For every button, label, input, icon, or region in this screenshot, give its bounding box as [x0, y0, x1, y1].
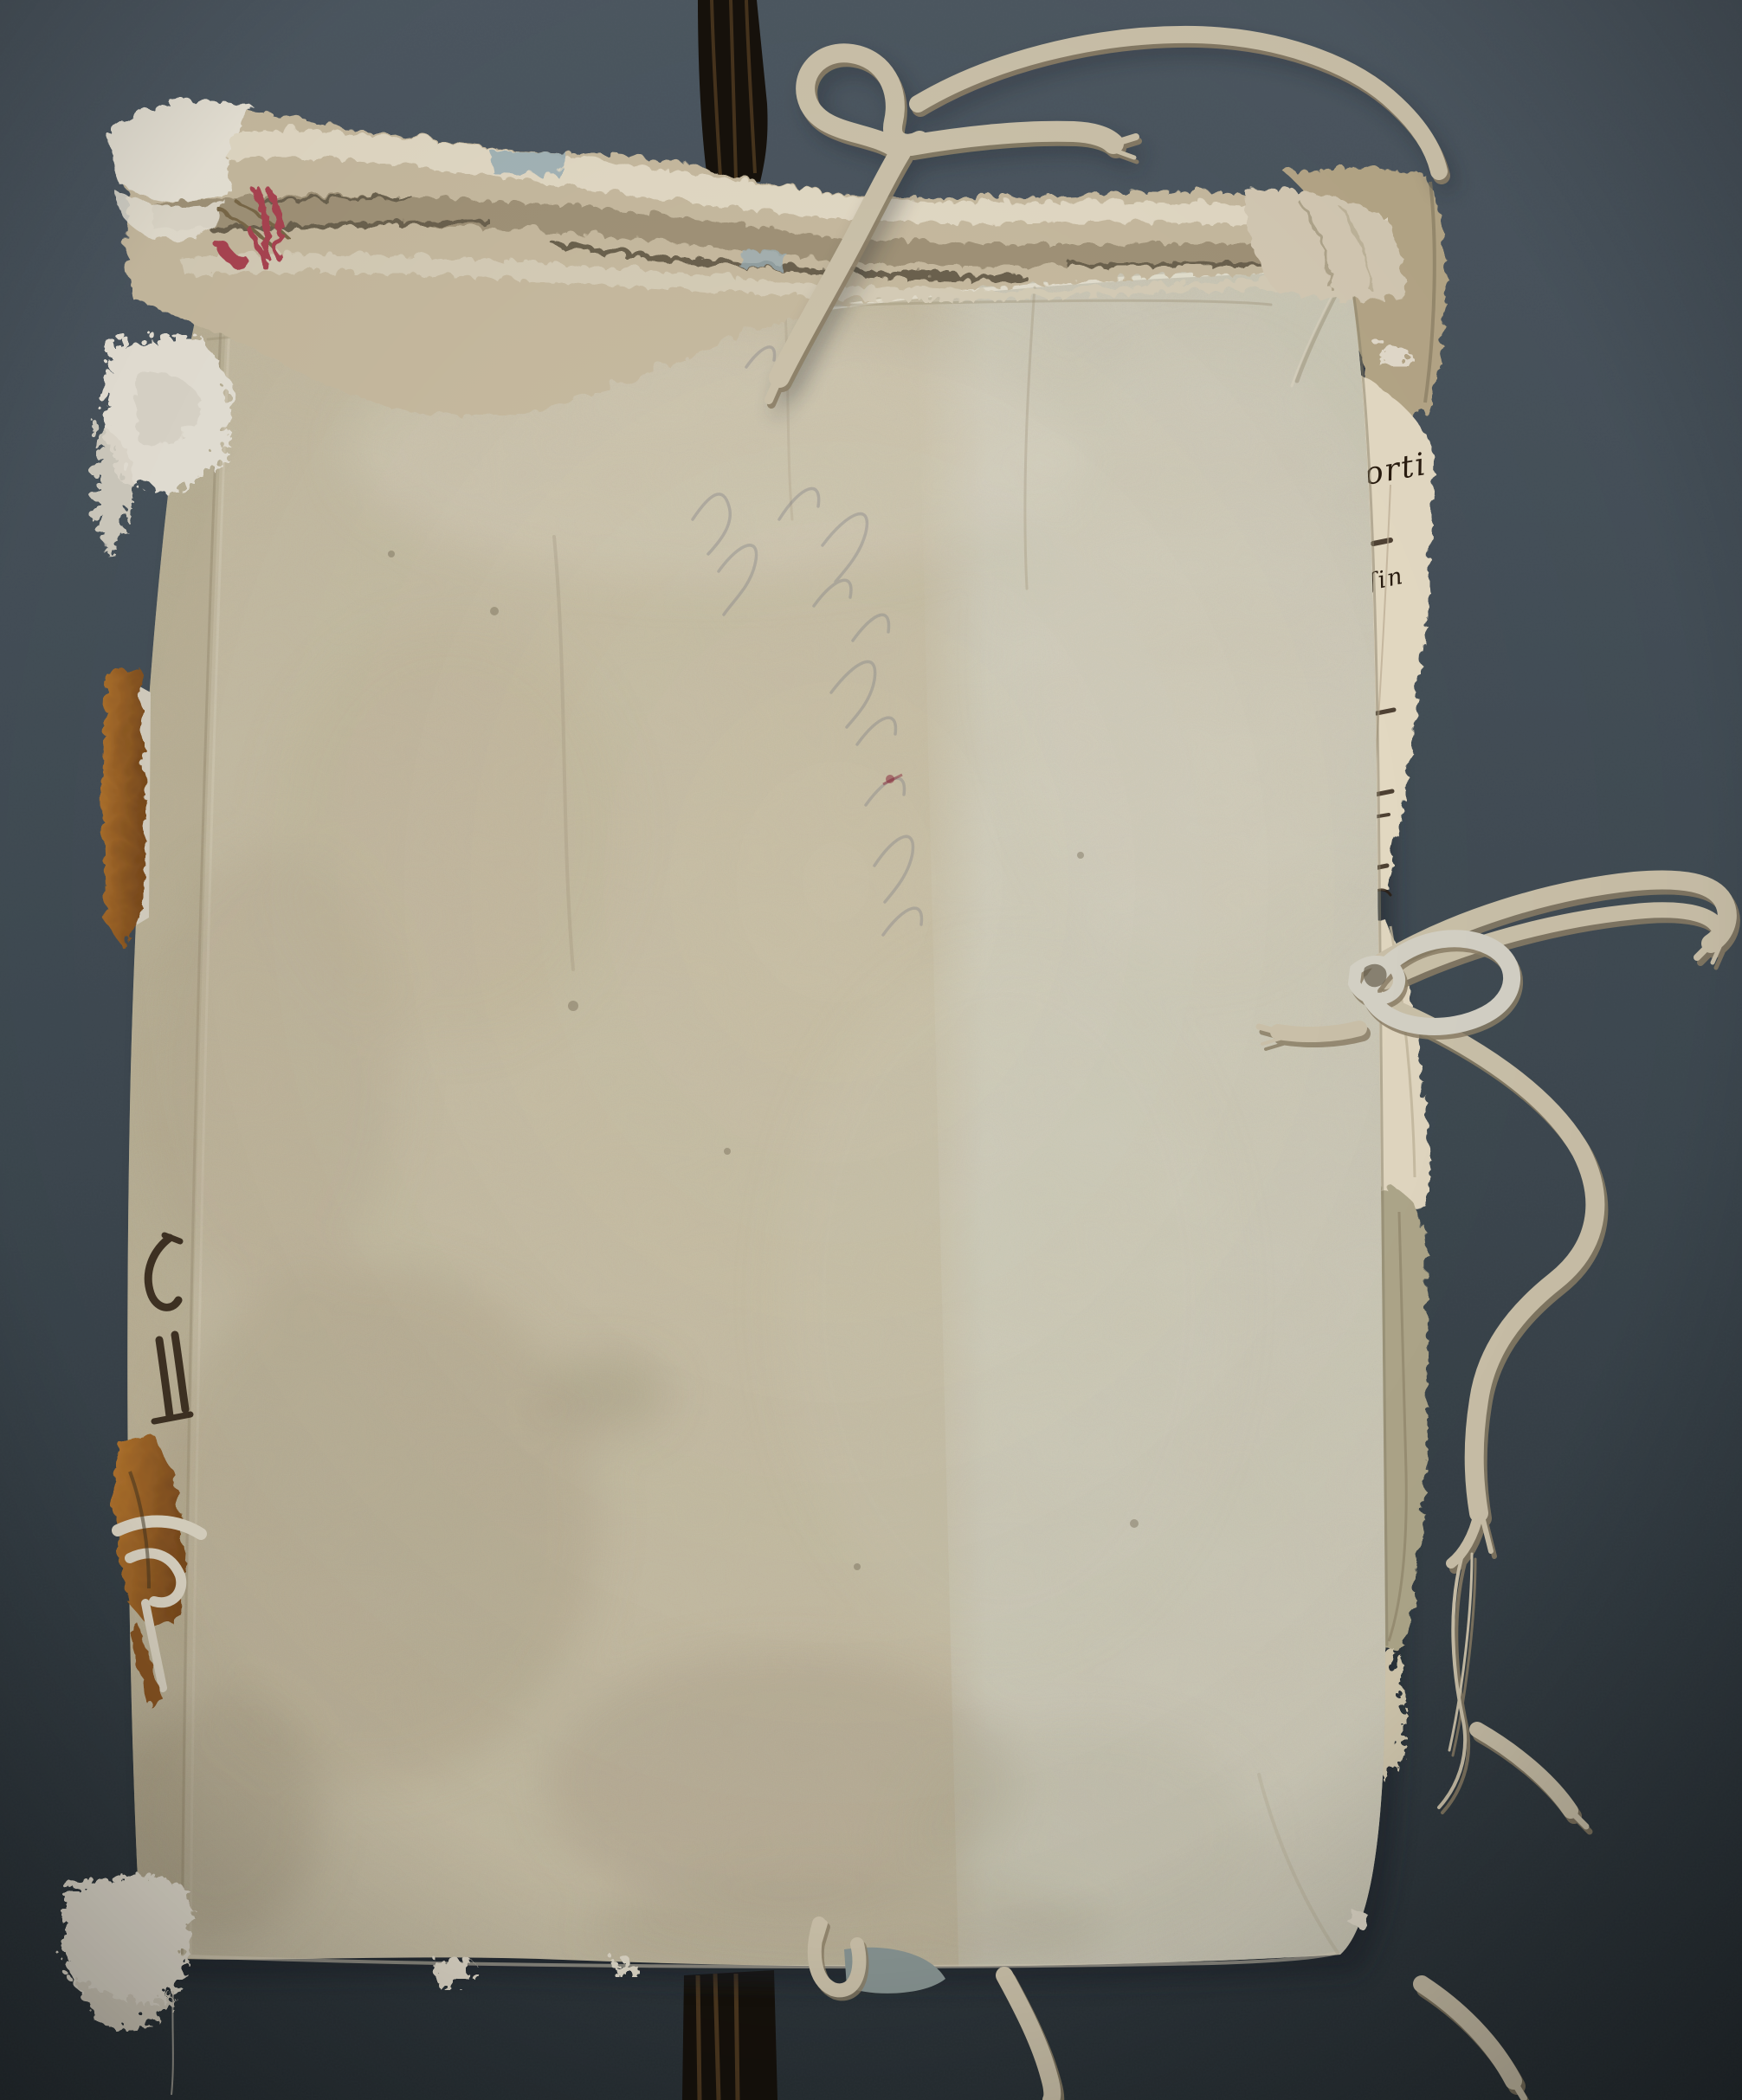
photograph-of-bound-volume: orti ſin — [0, 0, 1742, 2100]
vignette — [0, 0, 1742, 2100]
